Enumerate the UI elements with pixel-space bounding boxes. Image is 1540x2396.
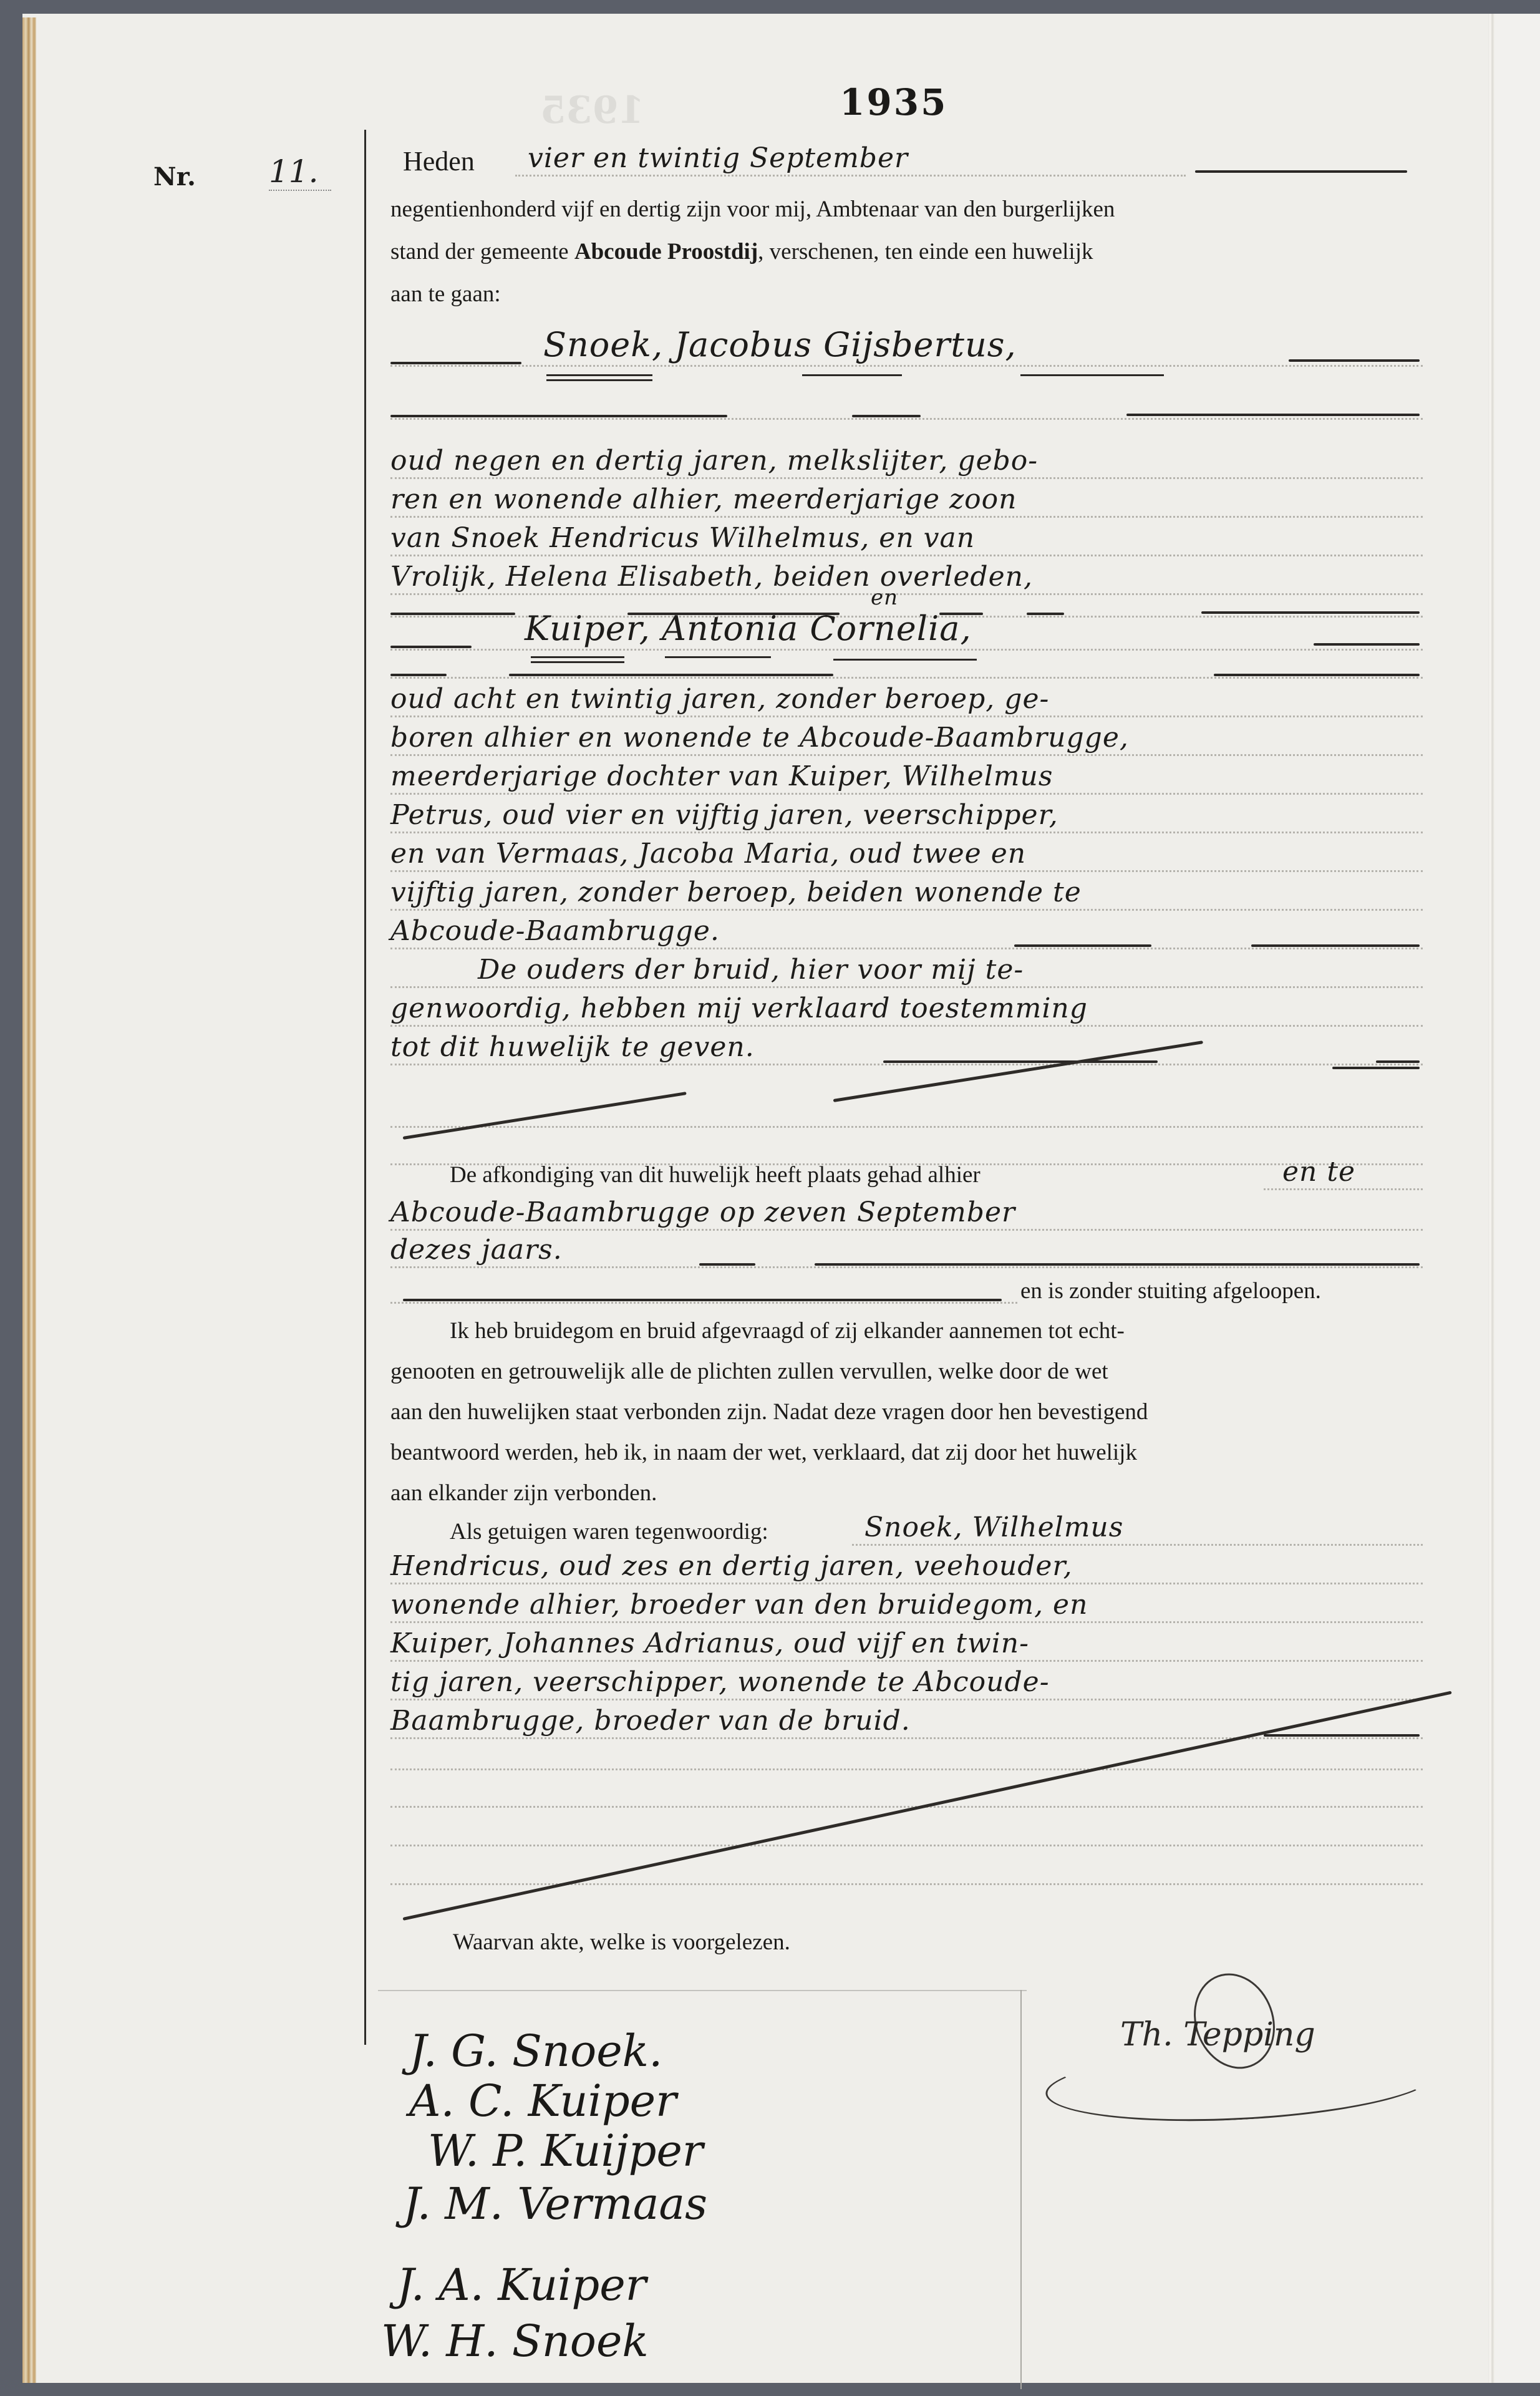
consent-line-2: genwoordig, hebben mij verklaard toestem… bbox=[390, 992, 1423, 1031]
signature-box-top bbox=[378, 1990, 1027, 1991]
marriage-date-handwritten: vier en twintig September bbox=[528, 142, 908, 174]
proclamation-line-4: en is zonder stuiting afgeloopen. bbox=[390, 1269, 1423, 1307]
intro-line-3-post: , verschenen, ten einde een huwelijk bbox=[758, 239, 1093, 264]
bride-detail-7: Abcoude-Baambrugge. bbox=[390, 914, 1423, 953]
witness-line-1: Hendricus, oud zes en dertig jaren, veeh… bbox=[390, 1550, 1423, 1588]
intro-line-1: Heden vier en twintig September bbox=[390, 142, 1423, 180]
bride-detail-2: boren alhier en wonende te Abcoude-Baamb… bbox=[390, 721, 1423, 760]
official-signature-flourish bbox=[1044, 2037, 1437, 2130]
groom-name-line: Snoek, Jacobus Gijsbertus, bbox=[390, 332, 1423, 371]
signature-witness-kuiper: J. A. Kuiper bbox=[397, 2259, 646, 2311]
municipality-name: Abcoude Proostdij bbox=[574, 239, 758, 264]
signature-box-divider bbox=[1020, 1990, 1022, 2389]
intro-line-3: stand der gemeente Abcoude Proostdij, ve… bbox=[390, 238, 1093, 265]
proclamation-line-3: dezes jaars. bbox=[390, 1233, 1423, 1272]
proclamation-line-2: Abcoude-Baambrugge op zeven September bbox=[390, 1196, 1423, 1234]
bride-detail-6: vijftig jaren, zonder beroep, beiden won… bbox=[390, 876, 1423, 914]
declaration-line-1: Ik heb bruidegom en bruid afgevraagd of … bbox=[450, 1317, 1125, 1344]
proclamation-line-1: De afkondiging van dit huwelijk heeft pl… bbox=[390, 1155, 1423, 1194]
intro-line-3-pre: stand der gemeente bbox=[390, 239, 569, 264]
closing-statement: Waarvan akte, welke is voorgelezen. bbox=[453, 1929, 790, 1956]
signature-father-bride: W. P. Kuijper bbox=[428, 2125, 703, 2176]
witness-line-0: Als getuigen waren tegenwoordig: Snoek, … bbox=[390, 1511, 1423, 1550]
blank-line-6 bbox=[390, 1850, 1423, 1889]
signature-witness-snoek: W. H. Snoek bbox=[381, 2316, 649, 2367]
signature-bride: A. C. Kuiper bbox=[409, 2075, 677, 2127]
witness-line-3: Kuiper, Johannes Adrianus, oud vijf en t… bbox=[390, 1627, 1423, 1666]
groom-separator-line bbox=[390, 385, 1423, 424]
declaration-line-4: beantwoord werden, heb ik, in naam der w… bbox=[390, 1439, 1137, 1466]
connector-en: en bbox=[871, 585, 898, 610]
register-page: 1935 1935 Nr. 11. Heden vier en twintig … bbox=[22, 14, 1540, 2383]
bride-name: Kuiper, Antonia Cornelia, bbox=[525, 609, 972, 648]
groom-detail-3: van Snoek Hendricus Wilhelmus, en van bbox=[390, 521, 1423, 560]
margin-rule bbox=[364, 130, 366, 2045]
signature-groom: J. G. Snoek. bbox=[409, 2025, 662, 2077]
blank-line-1 bbox=[390, 1093, 1423, 1132]
intro-line-2: negentienhonderd vijf en dertig zijn voo… bbox=[390, 196, 1115, 223]
record-number-label: Nr. bbox=[153, 162, 196, 192]
bride-separator-line bbox=[390, 644, 1423, 682]
consent-line-3: tot dit huwelijk te geven. bbox=[390, 1031, 1423, 1069]
heden-label: Heden bbox=[403, 145, 475, 177]
witness-line-2: wonende alhier, broeder van den bruidego… bbox=[390, 1588, 1423, 1627]
witness-line-4: tig jaren, veerschipper, wonende te Abco… bbox=[390, 1666, 1423, 1704]
groom-name: Snoek, Jacobus Gijsbertus, bbox=[543, 325, 1017, 364]
signature-mother-bride: J. M. Vermaas bbox=[403, 2178, 707, 2229]
record-number-value: 11. bbox=[269, 153, 331, 191]
register-year: 1935 bbox=[840, 81, 947, 124]
next-page-strip bbox=[1494, 14, 1540, 2383]
declaration-line-5: aan elkander zijn verbonden. bbox=[390, 1480, 657, 1506]
consent-line-1: De ouders der bruid, hier voor mij te- bbox=[390, 953, 1423, 992]
blank-line-3 bbox=[390, 1735, 1423, 1774]
groom-detail-2: ren en wonende alhier, meerderjarige zoo… bbox=[390, 483, 1423, 521]
groom-detail-1: oud negen en dertig jaren, melkslijter, … bbox=[390, 444, 1423, 483]
witness-first-name: Snoek, Wilhelmus bbox=[864, 1511, 1123, 1543]
intro-line-4: aan te gaan: bbox=[390, 281, 501, 308]
bride-detail-4: Petrus, oud vier en vijftig jaren, veers… bbox=[390, 798, 1423, 837]
declaration-line-2: genooten en getrouwelijk alle de plichte… bbox=[390, 1358, 1108, 1385]
page-fold bbox=[1488, 14, 1494, 2383]
fill-dash bbox=[1195, 170, 1407, 173]
page-binding-edge bbox=[22, 17, 36, 2383]
bride-detail-3: meerderjarige dochter van Kuiper, Wilhel… bbox=[390, 760, 1423, 798]
declaration-line-3: aan den huwelijken staat verbonden zijn.… bbox=[390, 1399, 1148, 1425]
bleed-through-year: 1935 bbox=[540, 89, 644, 132]
blank-line-4 bbox=[390, 1773, 1423, 1812]
bride-detail-1: oud acht en twintig jaren, zonder beroep… bbox=[390, 682, 1423, 721]
bride-detail-5: en van Vermaas, Jacoba Maria, oud twee e… bbox=[390, 837, 1423, 876]
blank-line-5 bbox=[390, 1812, 1423, 1850]
